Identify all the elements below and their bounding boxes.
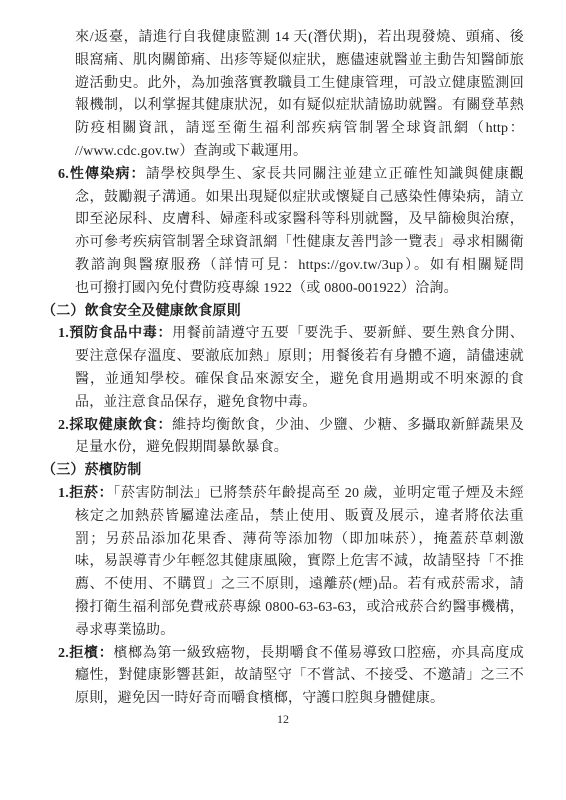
- text-line: 1.拒菸：「菸害防制法」已將禁菸年齡提高至 20 歲，並明定電子煙及未經: [58, 483, 524, 506]
- text-segment: 醫，並通知學校。確保食品來源安全，避免食用過期或不明來源的食: [75, 372, 524, 387]
- text-segment: 薦、不使用、不購買」之三不原則，遠離菸(煙)品。若有戒菸需求，請: [75, 577, 524, 592]
- text-segment-bold: 6.性傳染病：: [58, 167, 146, 182]
- text-segment: 癮性，對健康影響甚鉅，故請堅守「不嘗試、不接受、不邀請」之三不: [75, 668, 524, 683]
- text-line: 6.性傳染病：請學校與學生、家長共同關注並建立正確性知識與健康觀: [58, 164, 524, 187]
- text-segment: 用餐前請遵守五要「要洗手、要新鮮、要生熟食分開、: [172, 326, 524, 341]
- text-segment: 味，易誤導青少年輕忽其健康風險，實際上危害不減，故請堅持「不推: [75, 554, 524, 569]
- text-line: 念，鼓勵親子溝通。如果出現疑似症狀或懷疑自己感染性傳染病，請立: [75, 187, 524, 210]
- text-segment: 尋求專業協助。: [75, 623, 174, 638]
- page-number: 12: [0, 711, 566, 727]
- document-body: 來/返臺，請進行自我健康監測 14 天(潛伏期)，若出現發燒、頭痛、後眼窩痛、肌…: [42, 27, 524, 711]
- text-line: 核定之加熱菸皆屬違法產品，禁止使用、販賣及展示，違者將依法重: [75, 506, 524, 529]
- text-segment: 來/返臺，請進行自我健康監測 14 天(潛伏期)，若出現發燒、頭痛、後: [75, 30, 524, 45]
- text-line: 味，易誤導青少年輕忽其健康風險，實際上危害不減，故請堅持「不推: [75, 551, 524, 574]
- text-line: 教諮詢與醫療服務（詳情可見：https://gov.tw/3up）。如有相關疑問: [75, 255, 524, 278]
- text-line: 足量水份，避免假期間暴飲暴食。: [75, 437, 524, 460]
- text-segment-bold: （三）菸檳防制: [42, 463, 141, 478]
- text-segment: 撥打衛生福利部免費戒菸專線 0800-63-63-63，或洽戒菸合約醫事機構，: [75, 600, 524, 615]
- text-segment: 要注意保存溫度、要澈底加熱」原則；用餐後若有身體不適，請儘速就: [75, 349, 524, 364]
- text-segment: 原則，避免因一時好奇而嚼食檳榔，守護口腔與身體健康。: [75, 691, 444, 706]
- text-line: （二）飲食安全及健康飲食原則: [42, 301, 524, 324]
- text-segment-bold: 2.拒檳：: [58, 646, 113, 661]
- document-page: { "page": { "background": "#ffffff", "te…: [0, 0, 566, 800]
- text-line: 遊活動史。此外，為加強落實教職員工生健康管理，可設立健康監測回: [75, 73, 524, 96]
- text-segment-bold: 1.預防食品中毒：: [58, 326, 172, 341]
- text-line: （三）菸檳防制: [42, 460, 524, 483]
- text-line: 原則，避免因一時好奇而嚼食檳榔，守護口腔與身體健康。: [75, 688, 524, 711]
- text-segment-bold: 1.拒菸：: [58, 486, 113, 501]
- text-segment: 教諮詢與醫療服務（詳情可見：https://gov.tw/3up）。如有相關疑問: [75, 258, 524, 273]
- text-segment: 罰；另菸品添加花果香、薄荷等添加物（即加味菸），掩蓋菸草刺激: [75, 532, 524, 547]
- text-segment: 維持均衡飲食，少油、少鹽、少糖、多攝取新鮮蔬果及: [172, 418, 524, 433]
- text-segment-bold: 2.採取健康飲食：: [58, 418, 172, 433]
- text-line: 眼窩痛、肌肉關節痛、出疹等疑似症狀，應儘速就醫並主動告知醫師旅: [75, 50, 524, 73]
- text-line: 也可撥打國內免付費防疫專線 1922（或 0800-001922）洽詢。: [75, 278, 524, 301]
- text-line: 1.預防食品中毒：用餐前請遵守五要「要洗手、要新鮮、要生熟食分開、: [58, 323, 524, 346]
- text-segment: 眼窩痛、肌肉關節痛、出疹等疑似症狀，應儘速就醫並主動告知醫師旅: [75, 53, 524, 68]
- text-segment: 防疫相關資訊，請逕至衛生福利部疾病管制署全球資訊網（http：: [75, 121, 524, 136]
- text-segment: 亦可參考疾病管制署全球資訊網「性健康友善門診一覽表」尋求相關衛: [75, 235, 524, 250]
- text-line: 醫，並通知學校。確保食品來源安全，避免食用過期或不明來源的食: [75, 369, 524, 392]
- text-segment: //www.cdc.gov.tw）查詢或下載運用。: [75, 144, 307, 159]
- text-line: 2.拒檳：檳榔為第一級致癌物，長期嚼食不僅易導致口腔癌，亦具高度成: [58, 643, 524, 666]
- text-segment: 遊活動史。此外，為加強落實教職員工生健康管理，可設立健康監測回: [75, 76, 524, 91]
- text-line: 罰；另菸品添加花果香、薄荷等添加物（即加味菸），掩蓋菸草刺激: [75, 529, 524, 552]
- text-segment: 請學校與學生、家長共同關注並建立正確性知識與健康觀: [146, 167, 524, 182]
- text-segment: 「菸害防制法」已將禁菸年齡提高至 20 歲，並明定電子煙及未經: [113, 486, 524, 501]
- text-line: 要注意保存溫度、要澈底加熱」原則；用餐後若有身體不適，請儘速就: [75, 346, 524, 369]
- text-line: 防疫相關資訊，請逕至衛生福利部疾病管制署全球資訊網（http：: [75, 118, 524, 141]
- text-line: 2.採取健康飲食：維持均衡飲食，少油、少鹽、少糖、多攝取新鮮蔬果及: [58, 415, 524, 438]
- text-segment-bold: （二）飲食安全及健康飲食原則: [42, 304, 241, 319]
- text-segment: 念，鼓勵親子溝通。如果出現疑似症狀或懷疑自己感染性傳染病，請立: [75, 190, 524, 205]
- text-line: 來/返臺，請進行自我健康監測 14 天(潛伏期)，若出現發燒、頭痛、後: [75, 27, 524, 50]
- text-segment: 核定之加熱菸皆屬違法產品，禁止使用、販賣及展示，違者將依法重: [75, 509, 524, 524]
- text-line: 尋求專業協助。: [75, 620, 524, 643]
- text-line: 亦可參考疾病管制署全球資訊網「性健康友善門診一覽表」尋求相關衛: [75, 232, 524, 255]
- text-line: 即至泌尿科、皮膚科、婦產科或家醫科等科別就醫，及早篩檢與治療，: [75, 209, 524, 232]
- text-segment: 檳榔為第一級致癌物，長期嚼食不僅易導致口腔癌，亦具高度成: [113, 646, 524, 661]
- text-segment: 足量水份，避免假期間暴飲暴食。: [75, 440, 288, 455]
- text-line: 薦、不使用、不購買」之三不原則，遠離菸(煙)品。若有戒菸需求，請: [75, 574, 524, 597]
- text-line: 癮性，對健康影響甚鉅，故請堅守「不嘗試、不接受、不邀請」之三不: [75, 665, 524, 688]
- text-line: //www.cdc.gov.tw）查詢或下載運用。: [75, 141, 524, 164]
- text-line: 報機制，以利掌握其健康狀況，如有疑似症狀請協助就醫。有關登革熱: [75, 95, 524, 118]
- text-segment: 即至泌尿科、皮膚科、婦產科或家醫科等科別就醫，及早篩檢與治療，: [75, 212, 524, 227]
- text-line: 品，並注意食品保存，避免食物中毒。: [75, 392, 524, 415]
- text-segment: 也可撥打國內免付費防疫專線 1922（或 0800-001922）洽詢。: [75, 281, 458, 296]
- text-line: 撥打衛生福利部免費戒菸專線 0800-63-63-63，或洽戒菸合約醫事機構，: [75, 597, 524, 620]
- text-segment: 報機制，以利掌握其健康狀況，如有疑似症狀請協助就醫。有關登革熱: [75, 98, 524, 113]
- text-segment: 品，並注意食品保存，避免食物中毒。: [75, 395, 316, 410]
